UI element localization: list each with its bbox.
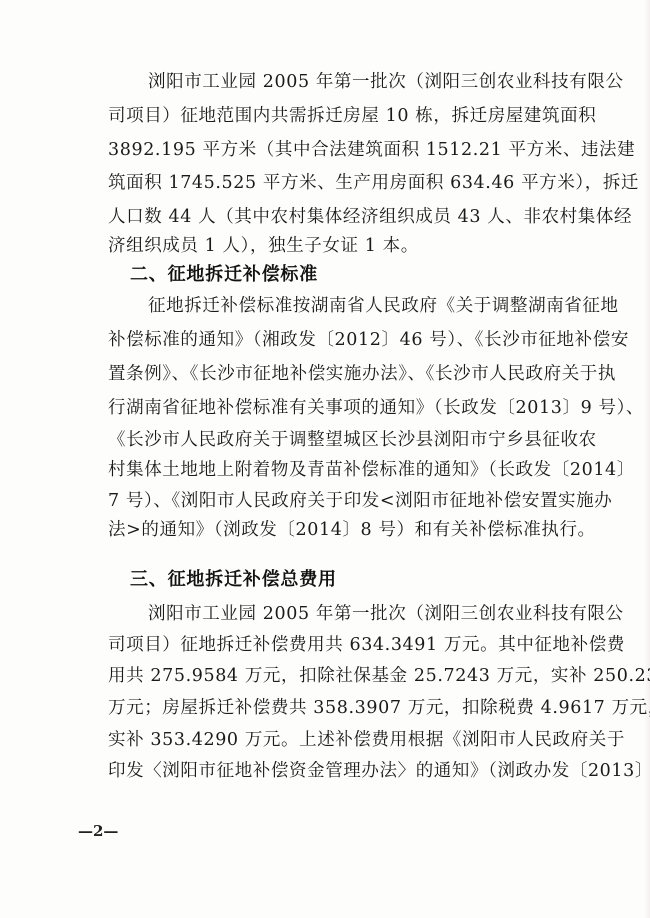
section-2-heading: 二、征地拆迁补偿标准 [130,260,318,290]
section-2-line-1: 征地拆迁补偿标准按湖南省人民政府《关于调整湖南省征地 [148,291,592,321]
section-2-line-2: 补偿标准的通知》（湘政发〔2012〕46 号）、《长沙市征地补偿安 [108,325,592,355]
section-2-line-8: 法>的通知》（浏政发〔2014〕8 号）和有关补偿标准执行。 [108,515,592,545]
section-2-line-3: 置条例》、《长沙市征地补偿实施办法》、《长沙市人民政府关于执 [108,359,592,389]
section-3-line-4: 万元；房屋拆迁补偿费共 358.3907 万元，扣除税费 4.9617 万元， [108,693,592,723]
paragraph-1-line-5: 人口数 44 人（其中农村集体经济组织成员 43 人、非农村集体经 [108,202,592,232]
section-2-line-6: 村集体土地地上附着物及青苗补偿标准的通知》（长政发〔2014〕 [108,455,592,485]
section-2-line-7: 7 号）、《浏阳市人民政府关于印发<浏阳市征地补偿安置实施办 [108,486,592,516]
page-number: —2— [78,822,118,840]
paragraph-1-line-6: 济组织成员 1 人），独生子女证 1 本。 [108,231,592,261]
section-3-line-2: 司项目）征地拆迁补偿费用共 634.3491 万元。其中征地补偿费 [108,630,592,660]
section-2-line-4: 行湖南省征地补偿标准有关事项的通知》（长政发〔2013〕9 号）、 [108,393,592,423]
section-3-line-6: 印发〈浏阳市征地补偿资金管理办法〉的通知》（浏政办发〔2013〕 [108,756,592,786]
paragraph-1-line-4: 筑面积 1745.525 平方米、生产用房面积 634.46 平方米），拆迁 [108,168,592,198]
section-3-line-1: 浏阳市工业园 2005 年第一批次（浏阳三创农业科技有限公 [148,599,592,629]
paragraph-1-line-1: 浏阳市工业园 2005 年第一批次（浏阳三创农业科技有限公 [148,67,592,97]
section-3-line-3: 用共 275.9584 万元，扣除社保基金 25.7243 万元，实补 250.… [108,661,592,691]
paragraph-1-line-3: 3892.195 平方米（其中合法建筑面积 1512.21 平方米、违法建 [108,135,592,165]
section-3-line-5: 实补 353.4290 万元。上述补偿费用根据《浏阳市人民政府关于 [108,725,592,755]
section-2-line-5: 《长沙市人民政府关于调整望城区长沙县浏阳市宁乡县征收农 [108,425,592,455]
document-page: 浏阳市工业园 2005 年第一批次（浏阳三创农业科技有限公 司项目）征地范围内共… [0,0,650,918]
paragraph-1-line-2: 司项目）征地范围内共需拆迁房屋 10 栋，拆迁房屋建筑面积 [108,101,592,131]
section-3-heading: 三、征地拆迁补偿总费用 [130,565,337,595]
